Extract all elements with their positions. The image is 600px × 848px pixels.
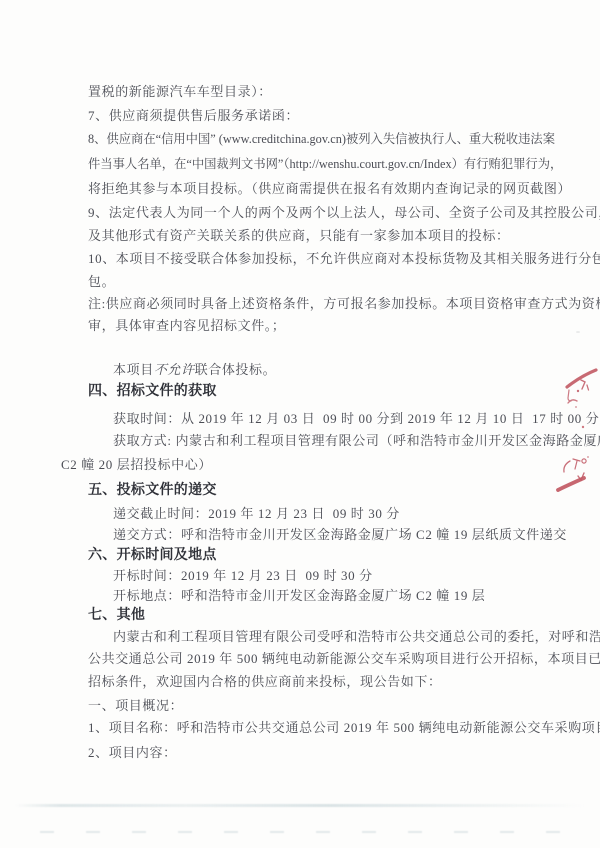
seal-mark (581, 380, 585, 389)
text-run: 本项目 (113, 362, 154, 377)
doc-line: 开标地点：呼和浩特市金川开发区金海路金厦广场 C2 幢 19 层 (113, 587, 485, 604)
doc-line: 8、供应商在“信用中国” (www.creditchina.gov.cn)被列入… (88, 131, 555, 148)
scan-speck (576, 331, 580, 333)
doc-line: 将拒绝其参与本项目投标。（供应商需提供在报名有效期内查询记录的网页截图） (88, 180, 571, 197)
doc-line: C2 幢 20 层招投标中心） (61, 456, 212, 473)
scanned-document-page: 置税的新能源汽车车型目录）： 7、供应商须提供售后服务承诺函： 8、供应商在“信… (0, 0, 600, 848)
text-run-italic: 不允许 (154, 362, 195, 377)
doc-line: 置税的新能源汽车车型目录）： (88, 83, 272, 100)
doc-line: 一、项目概况： (88, 697, 183, 714)
doc-line: 10、本项目不接受联合体参加投标，不允许供应商对本投标货物及其相关服务进行分包和… (88, 250, 600, 267)
scan-speck (569, 302, 572, 305)
section-heading-obtain-documents: 四、招标文件的获取 (88, 383, 217, 400)
doc-line: 2、项目内容： (88, 744, 177, 761)
doc-line: 审，具体审查内容见招标文件。； (88, 317, 286, 334)
scan-shadow-band (15, 804, 585, 807)
doc-line: 7、供应商须提供售后服务承诺函： (88, 107, 299, 124)
seal-dot (582, 426, 584, 428)
doc-line: 1、项目名称：呼和浩特市公共交通总公司 2019 年 500 辆纯电动新能源公交… (88, 719, 600, 736)
seal-dot (577, 390, 579, 392)
doc-line: 包。 (88, 273, 115, 290)
doc-line: 内蒙古和利工程项目管理有限公司受呼和浩特市公共交通总公司的委托，对呼和浩特市 (113, 628, 600, 645)
doc-line: 获取方式: 内蒙古和利工程项目管理有限公司（呼和浩特市金川开发区金海路金厦广场 (113, 432, 600, 449)
doc-line: 开标时间：2019 年 12 月 23 日 09 时 30 分 (113, 567, 373, 584)
seal-mark (575, 461, 577, 469)
doc-line: 招标条件，欢迎国内合格的供应商前来投标，现公告如下： (88, 673, 442, 690)
seal-mark (564, 461, 570, 472)
doc-line-no-consortium: 本项目不允许联合体投标。 (113, 361, 276, 378)
red-seal-fragments (550, 360, 600, 500)
seal-stroke (567, 370, 596, 387)
seal-dot (587, 456, 589, 458)
seal-stroke (558, 478, 584, 490)
seal-dot (575, 406, 577, 408)
seal-mark (587, 385, 589, 390)
doc-line: 递交截止时间：2019 年 12 月 23 日 09 时 30 分 (113, 505, 400, 522)
section-heading-bid-opening: 六、开标时间及地点 (88, 547, 217, 564)
scan-shadow-dashes (40, 831, 580, 833)
doc-line: 递交方式：呼和浩特市金川开发区金海路金厦广场 C2 幢 19 层纸质文件递交 (113, 526, 567, 543)
section-heading-others: 七、其他 (88, 607, 145, 624)
doc-line: 件当事人名单，在“中国裁判文书网”（http://wenshu.court.go… (88, 156, 562, 173)
doc-line: 公共交通总公司 2019 年 500 辆纯电动新能源公交车采购项目进行公开招标，… (88, 650, 600, 667)
doc-line: 及其他形式有资产关联关系的供应商，只能有一家参加本项目的投标： (88, 227, 510, 244)
seal-mark (568, 390, 571, 401)
section-heading-bid-submission: 五、投标文件的递交 (88, 482, 217, 499)
doc-line: 9、法定代表人为同一个人的两个及两个以上法人，母公司、全资子公司及其控股公司，以 (88, 204, 600, 221)
doc-line: 注:供应商必须同时具备上述资格条件，方可报名参加投标。本项目资格审查方式为资格后 (88, 295, 600, 312)
text-run: 联合体投标。 (195, 362, 277, 377)
seal-mark (582, 459, 586, 463)
doc-line: 获取时间：从 2019 年 12 月 03 日 09 时 00 分到 2019 … (113, 410, 599, 427)
